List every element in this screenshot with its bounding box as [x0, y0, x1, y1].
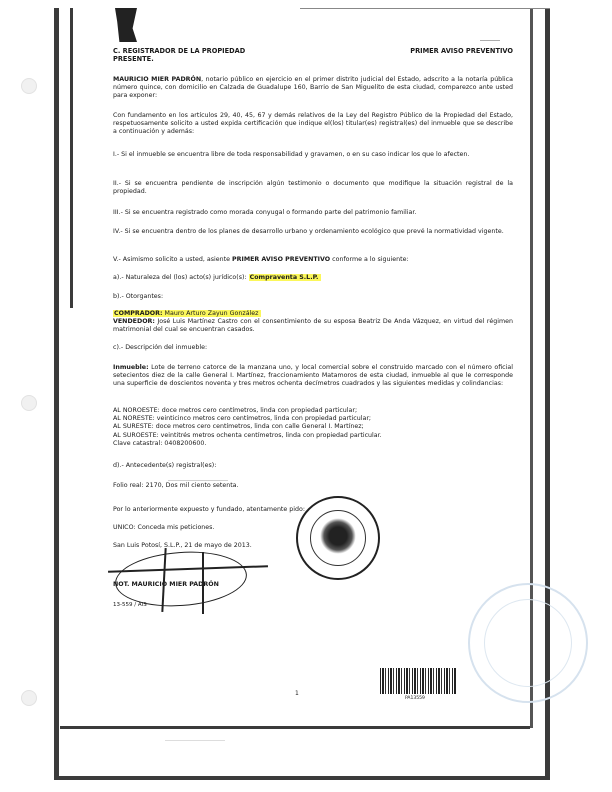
- intro-paragraph: MAURICIO MIER PADRÓN, notario público en…: [113, 76, 513, 101]
- scan-noise: [168, 480, 228, 481]
- notary-name: MAURICIO MIER PADRÓN: [113, 76, 201, 83]
- vendedor-line: VENDEDOR: José Luis Martínez Castro con …: [113, 318, 513, 334]
- vendedor-label: VENDEDOR:: [113, 318, 155, 325]
- document-title: PRIMER AVISO PREVENTIVO: [410, 47, 513, 55]
- colindancias: AL NOROESTE: doce metros cero centímetro…: [113, 407, 513, 448]
- scan-frame-bottom-outer: [54, 776, 550, 780]
- notary-seal-stamp: [296, 496, 380, 580]
- inmueble-paragraph: Inmueble: Lote de terreno catorce de la …: [113, 364, 513, 389]
- item5-text: V.- Asimismo solicito a usted, asiente: [113, 256, 232, 263]
- section-a-label: a).- Naturaleza del (los) acto(s) jurídi…: [113, 274, 249, 281]
- act-type-highlight: Compraventa S.L.P.: [249, 274, 322, 281]
- scan-frame-left-inner: [70, 8, 73, 308]
- comprador-line: COMPRADOR: Mauro Arturo Zayun González: [113, 310, 513, 318]
- page-number: 1: [295, 690, 299, 697]
- punch-hole: [21, 690, 37, 706]
- eagle-emblem-icon: [320, 518, 356, 554]
- punch-hole: [21, 395, 37, 411]
- scan-frame-top: [300, 8, 550, 9]
- signature-stroke: [202, 552, 204, 614]
- request-item: I.- Si el inmueble se encuentra libre de…: [113, 151, 513, 159]
- colindancia-line: AL NOROESTE: doce metros cero centímetro…: [113, 407, 513, 415]
- colindancia-line: AL SUROESTE: veintitrés metros ochenta c…: [113, 432, 513, 440]
- request-item: IV.- Si se encuentra dentro de los plane…: [113, 228, 513, 236]
- addressee-line: PRESENTE.: [113, 55, 245, 63]
- request-item: III.- Si se encuentra registrado como mo…: [113, 209, 513, 217]
- item5-text: conforme a lo siguiente:: [330, 256, 408, 263]
- corner-blot: [115, 8, 137, 42]
- fundamento-paragraph: Con fundamento en los artículos 29, 40, …: [113, 112, 513, 137]
- section-d-label: d).- Antecedente(s) registral(es):: [113, 462, 513, 470]
- vendedor-text: José Luis Martínez Castro con el consent…: [113, 318, 513, 333]
- comprador-label: COMPRADOR:: [114, 310, 163, 317]
- scan-frame-bottom-inner: [60, 726, 530, 729]
- request-item-5: V.- Asimismo solicito a usted, asiente P…: [113, 256, 513, 264]
- scan-noise: [165, 740, 225, 741]
- cadastral-key: Clave catastral: 0408200600.: [113, 440, 513, 448]
- request-item: II.- Si se encuentra pendiente de inscri…: [113, 180, 513, 196]
- section-b-label: b).- Otorgantes:: [113, 293, 513, 301]
- comprador-name: Mauro Arturo Zayun González: [163, 310, 259, 317]
- addressee: C. REGISTRADOR DE LA PROPIEDAD PRESENTE.: [113, 47, 245, 63]
- colindancia-line: AL SURESTE: doce metros cero centímetros…: [113, 423, 513, 431]
- punch-hole: [21, 78, 37, 94]
- addressee-line: C. REGISTRADOR DE LA PROPIEDAD: [113, 47, 245, 55]
- inmueble-text: Lote de terreno catorce de la manzana un…: [113, 364, 513, 387]
- section-c-label: c).- Descripción del inmueble:: [113, 344, 513, 352]
- registry-watermark-seal: [468, 583, 588, 703]
- barcode-label: PA13559: [405, 696, 425, 701]
- scan-noise: [480, 40, 500, 41]
- item5-bold: PRIMER AVISO PREVENTIVO: [232, 256, 330, 263]
- section-a: a).- Naturaleza del (los) acto(s) jurídi…: [113, 274, 513, 282]
- barcode: [380, 668, 456, 694]
- folio-line: Folio real: 2170, Dos mil ciento setenta…: [113, 482, 513, 490]
- scan-frame-left-outer: [54, 8, 59, 778]
- inmueble-label: Inmueble:: [113, 364, 149, 371]
